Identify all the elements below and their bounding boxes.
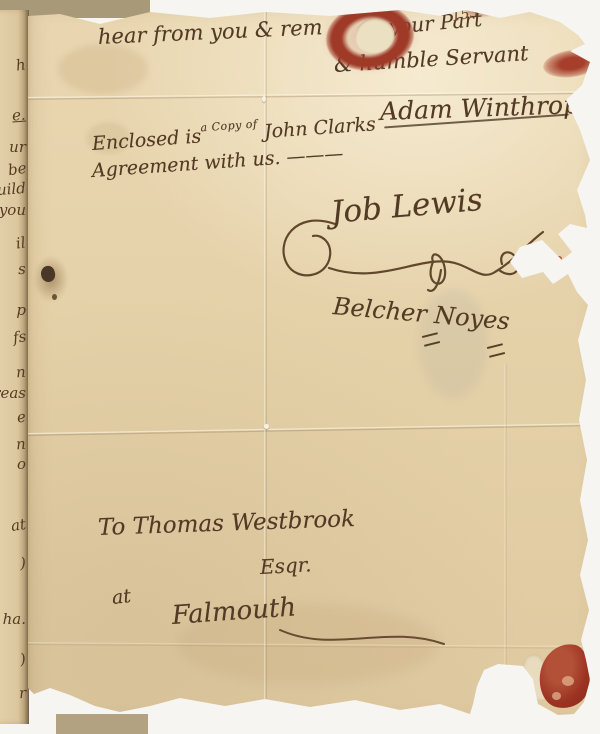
address-line-2: Esqr. [259, 553, 311, 578]
address-line-1: To Thomas Westbrook [98, 507, 356, 541]
margin-fragment: o [17, 457, 26, 472]
margin-fragment: be [7, 161, 27, 178]
signature-job-lewis-block: Job Lewis [273, 180, 573, 312]
suspension-mark-right [487, 343, 505, 358]
adjacent-page-edge: he.urbeuildyouilspfsnreasenoat)ha.)r [0, 10, 29, 724]
margin-fragment: uild [0, 181, 26, 198]
scanned-letter: he.urbeuildyouilspfsnreasenoat)ha.)r hea… [0, 0, 600, 734]
fold-crease-vertical-right [504, 364, 507, 720]
fold-crease-horizontal-middle [28, 423, 600, 436]
note-line-1-start: Enclosed is [91, 125, 202, 155]
margin-fragment: s [18, 262, 27, 278]
document-page: hear from you & rem your Part & humble S… [28, 4, 600, 726]
margin-fragment: ) [19, 652, 27, 668]
margin-fragment: p [16, 303, 26, 318]
margin-fragment: r [18, 686, 26, 701]
wax-smudge-right-icon [541, 46, 600, 81]
wax-seal-bottom-highlight-2 [552, 692, 561, 700]
red-speck-edge-1 [564, 232, 574, 240]
pinhole-top [262, 96, 266, 102]
pinhole-middle [264, 424, 269, 429]
margin-fragment: h [15, 57, 27, 73]
note-line-1-end: John Clarks [257, 113, 376, 143]
margin-fragment: fs [12, 329, 27, 346]
margin-fragment: e. [12, 108, 27, 124]
backdrop-bottom-left [56, 714, 148, 734]
margin-fragment: you [0, 203, 26, 218]
margin-fragment: il [15, 235, 27, 251]
margin-fragment: ur [9, 140, 26, 155]
hole-stain-dot [52, 294, 57, 300]
wax-seal-bottom-highlight-1 [562, 676, 574, 686]
note-insertion: a Copy of [200, 117, 258, 134]
margin-fragment: reas [0, 386, 26, 401]
letter-line-1-left: hear from you & rem [97, 16, 322, 49]
address-line-3: at [111, 586, 132, 609]
margin-fragment: at [10, 517, 27, 534]
margin-fragment: ha. [3, 612, 26, 627]
margin-fragment: e [16, 409, 27, 425]
margin-fragment: n [16, 437, 27, 453]
margin-fragment: n [16, 365, 27, 381]
falmouth-tail-flourish [274, 620, 464, 665]
red-speck-edge-2 [556, 256, 562, 261]
margin-fragment: ) [20, 556, 27, 571]
stain-top-left [58, 44, 148, 94]
